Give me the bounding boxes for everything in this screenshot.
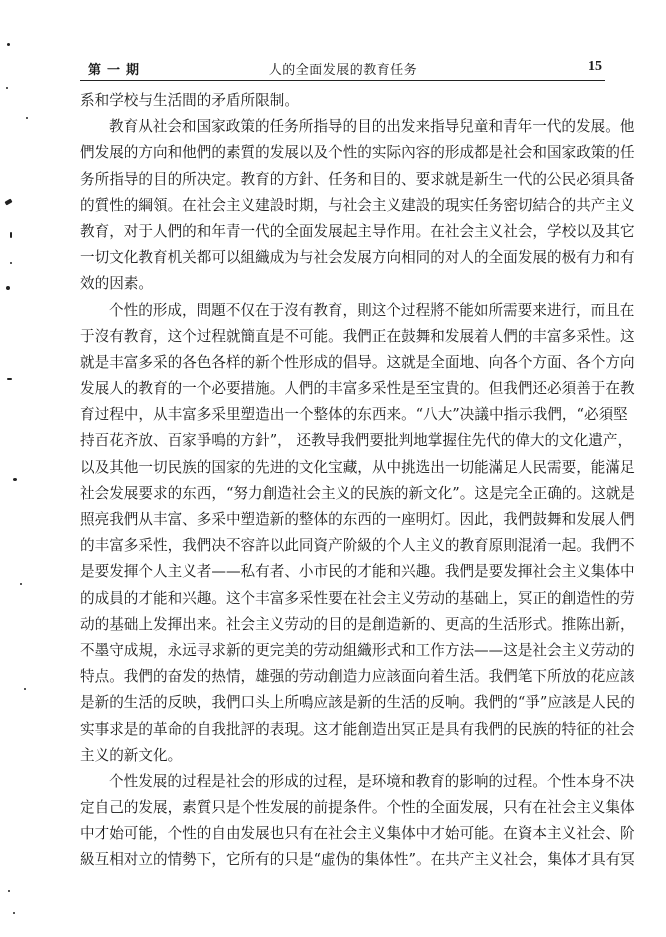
scan-speck bbox=[7, 378, 12, 380]
scan-speck bbox=[13, 912, 15, 914]
text-line: 个性的形成，問題不仅在于沒有教育，則这个过程將不能如所需要来进行，而且在 bbox=[80, 298, 606, 324]
text-line: 不墨守成規，永远寻求新的更完美的劳动組織形式和工作方法——这是社会主义劳动的 bbox=[80, 638, 606, 664]
text-line: 教育，对于人們的和年青一代的全面发展起主导作用。在社会主义社会，学校以及其它 bbox=[80, 219, 606, 245]
text-line: 定自己的发展，素質只是个性发展的前提条件。个性的全面发展，只有在社会主义集体 bbox=[80, 795, 606, 821]
text-line: 效的因素。 bbox=[80, 271, 606, 297]
text-line: 就是丰富多采的各色各样的新个性形成的倡导。这就是全面地、向各个方面、各个方向 bbox=[80, 350, 606, 376]
text-line: 特点。我們的奋发的热情，雄强的劳动創造力应該面向着生活。我們笔下所放的花应該 bbox=[80, 664, 606, 690]
scan-speck bbox=[10, 262, 12, 264]
text-line: 育过程中，从丰富多采里塑造出一个整体的东西来。“八大”决議中指示我們，“必須堅 bbox=[80, 402, 606, 428]
text-line: 是要发揮个人主义者——私有者、小市民的才能和兴趣。我們是要发揮社会主义集体中 bbox=[80, 559, 606, 585]
text-line: 发展人的教育的一个必要措施。人們的丰富多采性是至宝貴的。但我們还必須善于在教 bbox=[80, 376, 606, 402]
text-line: 实事求是的革命的自我批評的表現。这才能創造出冥正是具有我們的民族的特征的社会 bbox=[80, 717, 606, 743]
text-line: 动的基础上发揮出来。社会主义劳动的目的是創造新的、更高的生活形式。推陈出新， bbox=[80, 612, 606, 638]
text-line: 是新的生活的反映，我們口头上所鳴应該是新的生活的反响。我們的“爭”应該是人民的 bbox=[80, 690, 606, 716]
text-line: 級互相对立的情勢下，它所有的只是“虛伪的集体性”。在共产主义社会，集体才具有冥 bbox=[80, 847, 606, 873]
text-line: 以及其他一切民族的国家的先进的文化宝藏，从中挑选出一切能滿足人民需要，能滿足 bbox=[80, 455, 606, 481]
text-line: 个性发展的过程是社会的形成的过程，是环境和教育的影响的过程。个性本身不决 bbox=[80, 769, 606, 795]
text-line: 的丰富多采性，我們决不容許以此同資产阶級的个人主义的教育原則混淆一起。我們不 bbox=[80, 533, 606, 559]
text-line: 教育从社会和国家政策的任务所指导的目的出发来指导兒童和青年一代的发展。他 bbox=[80, 114, 606, 140]
scan-speck bbox=[4, 199, 12, 206]
text-line: 們发展的方向和他們的素質的发展以及个性的实际內容的形成都是社会和国家政策的任 bbox=[80, 140, 606, 166]
scan-speck bbox=[6, 286, 10, 290]
text-line: 社会发展要求的东西，“努力創造社会主义的民族的新文化”。这是完全正确的。这就是 bbox=[80, 481, 606, 507]
text-line: 主义的新文化。 bbox=[80, 743, 606, 769]
scan-speck bbox=[26, 117, 28, 119]
scan-speck bbox=[7, 43, 10, 46]
scanned-page: 第一期 人的全面发展的教育任务 15 系和学校与生活間的矛盾所限制。教育从社会和… bbox=[0, 0, 666, 937]
scan-speck bbox=[10, 232, 12, 238]
running-title: 人的全面发展的教育任务 bbox=[80, 59, 606, 78]
text-line: 中才始可能，个性的自由发展也只有在社会主义集体中才始可能。在資本主义社会、阶 bbox=[80, 821, 606, 847]
text-line: 的質性的綱領。在社会主义建設时期，与社会主义建設的現实任务密切結合的共产主义 bbox=[80, 193, 606, 219]
text-line: 持百花齐放、百家爭鳴的方針”， 还教导我們要批判地掌握住先代的偉大的文化遺产， bbox=[80, 428, 606, 454]
scan-speck bbox=[20, 583, 22, 585]
text-line: 照亮我們从丰富、多采中塑造新的整体的东西的一座明灯。因此，我們鼓舞和发展人們 bbox=[80, 507, 606, 533]
scan-speck bbox=[13, 478, 17, 481]
header-rule bbox=[80, 80, 605, 81]
scan-speck bbox=[6, 87, 8, 89]
body-text: 系和学校与生活間的矛盾所限制。教育从社会和国家政策的任务所指导的目的出发来指导兒… bbox=[80, 88, 606, 874]
running-header: 第一期 人的全面发展的教育任务 15 bbox=[80, 57, 606, 79]
scan-speck bbox=[24, 688, 26, 690]
text-line: 的成員的才能和兴趣。这个丰富多采性要在社会主义劳动的基础上，冥正的創造性的劳 bbox=[80, 586, 606, 612]
scan-speck bbox=[8, 890, 10, 892]
text-line: 务所指导的目的所决定。教育的方針、任务和目的、要求就是新生一代的公民必須具备 bbox=[80, 167, 606, 193]
page-number: 15 bbox=[588, 59, 602, 75]
text-line: 系和学校与生活間的矛盾所限制。 bbox=[80, 88, 606, 114]
text-line: 于沒有教育，这个过程就簡直是不可能。我們正在鼓舞和发展着人們的丰富多采性。这 bbox=[80, 324, 606, 350]
text-line: 一切文化教育机关都可以組織成为与社会发展方向相同的对人的全面发展的极有力和有 bbox=[80, 245, 606, 271]
